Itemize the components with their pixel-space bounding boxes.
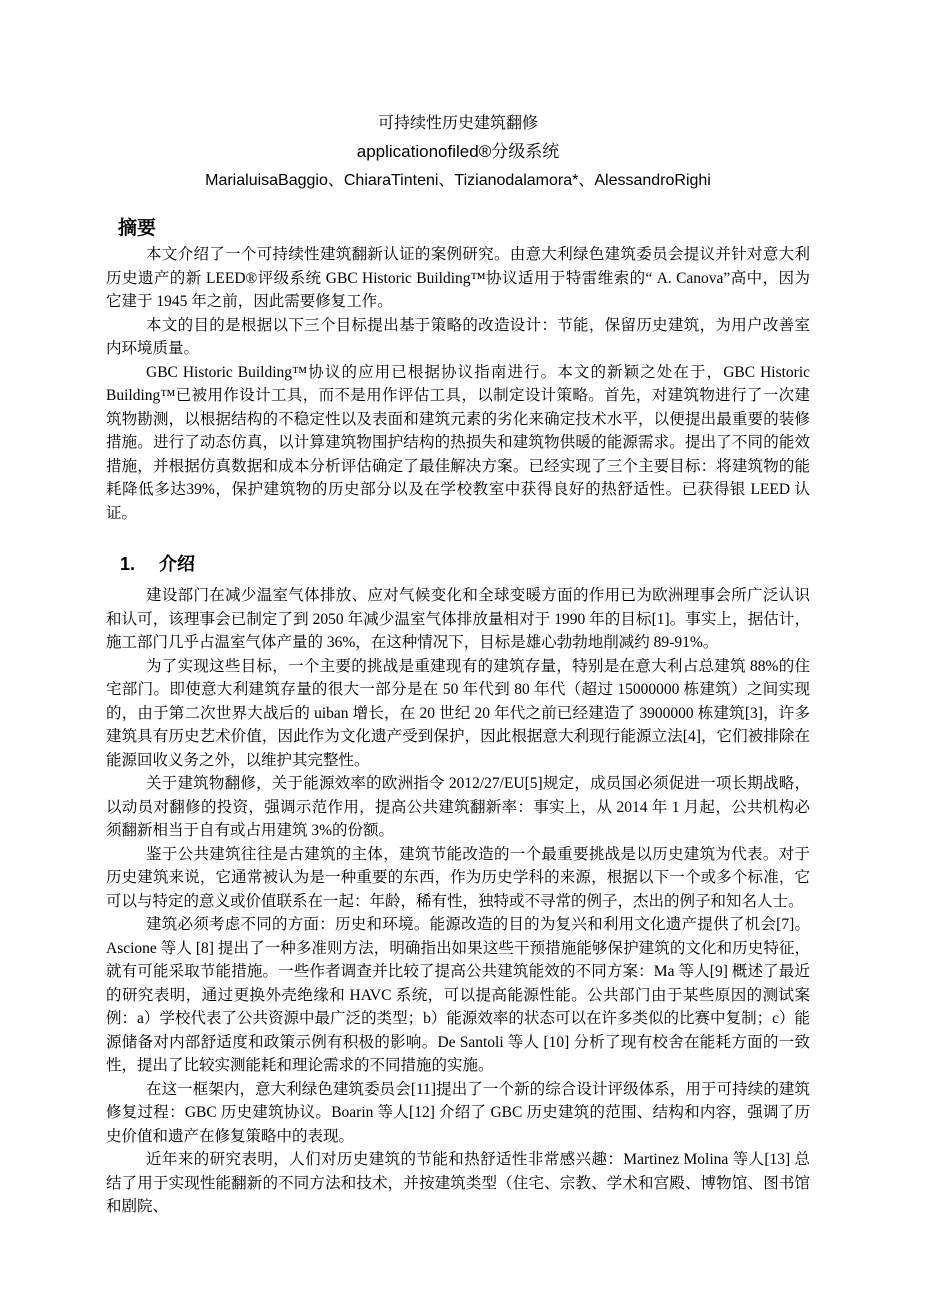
intro-paragraph-7: 近年来的研究表明，人们对历史建筑的节能和热舒适性非常感兴趣：Martinez M… (106, 1148, 810, 1219)
intro-paragraph-5: 建筑必须考虑不同的方面：历史和环境。能源改造的目的为复兴和利用文化遗产提供了机会… (106, 913, 810, 1078)
abstract-paragraph-2: 本文的目的是根据以下三个目标提出基于策略的改造设计：节能，保留历史建筑，为用户改… (106, 314, 810, 361)
document-content: 可持续性历史建筑翻修 applicationofiled®分级系统 Marial… (106, 0, 810, 1219)
abstract-heading: 摘要 (118, 216, 810, 241)
section-1-number: 1. (120, 551, 135, 578)
section-1-heading: 1.介绍 (120, 551, 810, 578)
abstract-paragraph-1: 本文介绍了一个可持续性建筑翻新认证的案例研究。由意大利绿色建筑委员会提议并针对意… (106, 243, 810, 314)
document-authors: MarialuisaBaggio、ChiaraTinteni、Tizianoda… (106, 166, 810, 196)
intro-paragraph-4: 鉴于公共建筑往往是古建筑的主体，建筑节能改造的一个最重要挑战是以历史建筑为代表。… (106, 843, 810, 914)
abstract-paragraph-3: GBC Historic Building™协议的应用已根据协议指南进行。本文的… (106, 361, 810, 526)
document-page: 可持续性历史建筑翻修 applicationofiled®分级系统 Marial… (0, 0, 925, 1309)
document-subtitle: applicationofiled®分级系统 (106, 138, 810, 166)
intro-paragraph-6: 在这一框架内，意大利绿色建筑委员会[11]提出了一个新的综合设计评级体系，用于可… (106, 1078, 810, 1149)
document-title: 可持续性历史建筑翻修 (106, 110, 810, 138)
section-1-title: 介绍 (159, 554, 195, 574)
intro-paragraph-1: 建设部门在减少温室气体排放、应对气候变化和全球变暖方面的作用已为欧洲理事会所广泛… (106, 584, 810, 655)
intro-paragraph-3: 关于建筑物翻修，关于能源效率的欧洲指令 2012/27/EU[5]规定，成员国必… (106, 772, 810, 843)
intro-paragraph-2: 为了实现这些目标，一个主要的挑战是重建现有的建筑存量，特别是在意大利占总建筑 8… (106, 655, 810, 773)
